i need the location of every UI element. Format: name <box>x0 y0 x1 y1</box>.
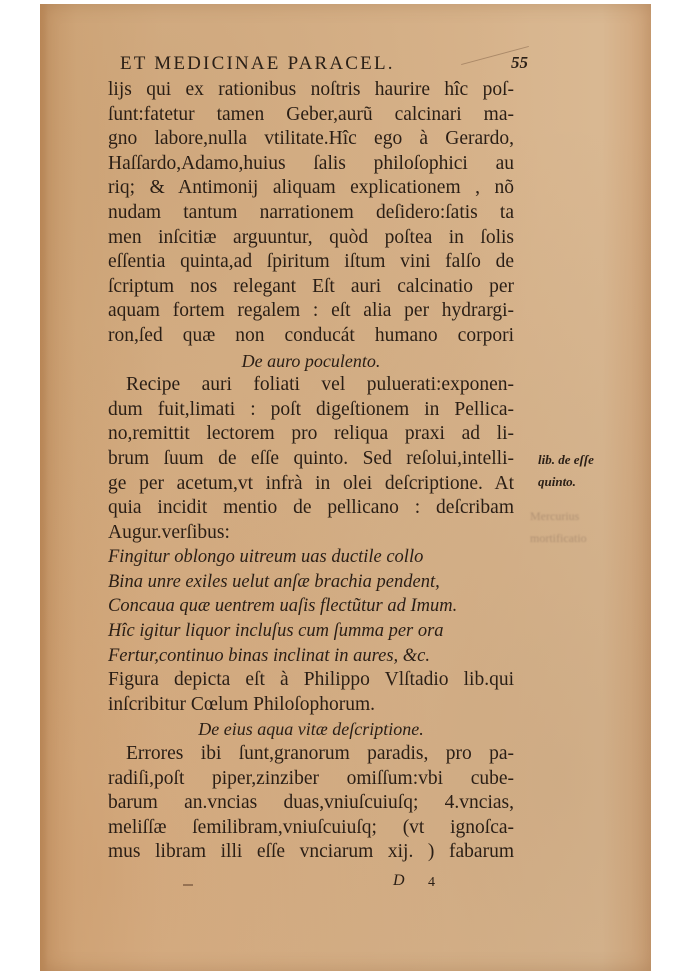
text-line: gno labore,nulla vtilitate.Hîc ego à Ger… <box>108 127 514 152</box>
text-line: aquam fortem regalem : eſt alia per hydr… <box>108 299 514 324</box>
signature-number: 4 <box>428 875 435 891</box>
running-head-title: ET MEDICINAE PARACEL. <box>120 53 395 75</box>
margin-note-line-2: quinto. <box>538 471 618 493</box>
text-line: brum ſuum de eſſe quinto. Sed reſolui,in… <box>108 447 514 472</box>
text-line: barum an.vncias duas,vniuſcuiuſq; 4.vnci… <box>108 791 514 816</box>
bleed-through-line-1: Mercurius <box>530 505 600 527</box>
verse-line: Fertur,continuo binas inclinat in aures,… <box>108 644 514 669</box>
text-line: quia incidit mentio de pellicano : deſcr… <box>108 496 514 521</box>
ink-smudge <box>183 884 193 886</box>
margin-note-line-1: lib. de eſſe <box>538 449 618 471</box>
verse-line: Bina unre exiles uelut anſæ brachia pend… <box>108 570 514 595</box>
text-line: radiſi,poſt piper,zinziber omiſſum:vbi c… <box>108 767 514 792</box>
text-line: nudam tantum narrationem deſidero:ſatis … <box>108 201 514 226</box>
text-line: eſſentia quinta,ad ſpiritum iſtum vini f… <box>108 250 514 275</box>
verse-line: Hîc igitur liquor incluſus cum ſumma per… <box>108 619 514 644</box>
ink-bleed-through: Mercurius mortificatio <box>530 505 600 549</box>
text-line: mus libram illi eſſe vnciarum xij. ) fab… <box>108 840 514 865</box>
text-line: inſcribitur Cœlum Philoſophorum. <box>108 693 514 718</box>
text-line: ge per acetum,vt infrà in olei deſcripti… <box>108 472 514 497</box>
text-line: men inſcitiæ arguuntur, quòd poſtea in ſ… <box>108 226 514 251</box>
text-line: no,remittit lectorem pro reliqua praxi a… <box>108 422 514 447</box>
section-heading: De eius aqua vitæ deſcriptione. <box>108 717 514 742</box>
margin-note: lib. de eſſe quinto. <box>538 449 618 493</box>
text-line: lijs qui ex rationibus noſtris haurire h… <box>108 78 514 103</box>
text-line: riq; & Antimonij aliquam explicationem ,… <box>108 176 514 201</box>
text-line: Figura depicta eſt à Philippo Vlſtadio l… <box>108 668 514 693</box>
verse-line: Fingitur oblongo uitreum uas ductile col… <box>108 545 514 570</box>
text-line: Augur.verſibus: <box>108 521 514 546</box>
text-line: ſunt:fatetur tamen Geber,aurũ calcinari … <box>108 103 514 128</box>
text-line: dum fuit,limati : poſt digeſtionem in Pe… <box>108 398 514 423</box>
text-line: Errores ibi ſunt,granorum paradis, pro p… <box>108 742 514 767</box>
signature-letter: D <box>393 872 405 890</box>
text-line: ſcriptum nos relegant Eſt auri calcinati… <box>108 275 514 300</box>
page-number: 55 <box>511 53 528 73</box>
text-line: Recipe auri foliati vel puluerati:expone… <box>108 373 514 398</box>
running-head: ET MEDICINAE PARACEL. 55 <box>120 53 520 77</box>
text-block: lijs qui ex rationibus noſtris haurire h… <box>108 78 514 865</box>
bleed-through-line-2: mortificatio <box>530 527 600 549</box>
text-line: ron,ſed quæ non conducát humano corpori <box>108 324 514 349</box>
text-line: Haſſardo,Adamo,huius ſalis philoſophici … <box>108 152 514 177</box>
section-heading: De auro poculento. <box>108 349 514 374</box>
text-line: meliſſæ ſemilibram,vniuſcuiuſq; (vt igno… <box>108 816 514 841</box>
verse-line: Concaua quæ uentrem uaſis flectũtur ad I… <box>108 594 514 619</box>
page-gutter-shadow <box>40 4 48 971</box>
